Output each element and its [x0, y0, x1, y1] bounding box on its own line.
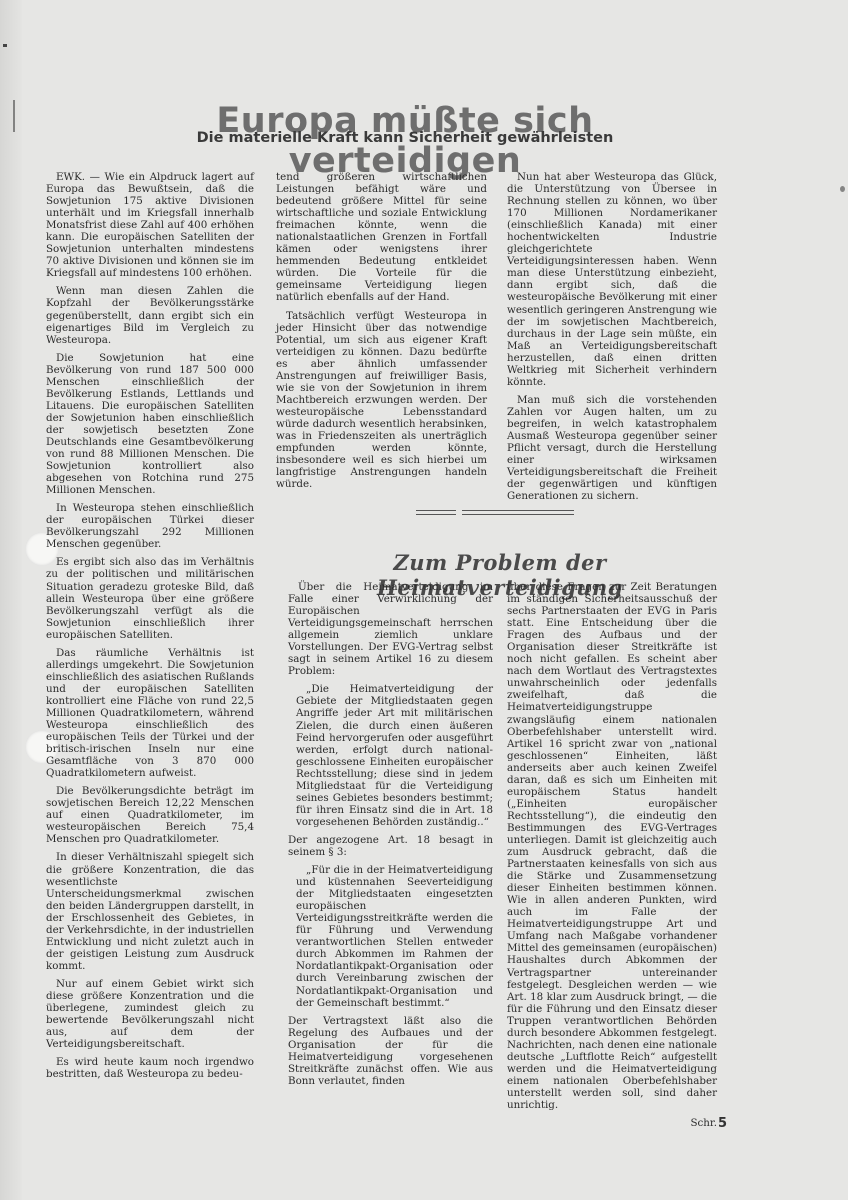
section-column-1: Über die Heimatverteidigung im Falle ein…: [288, 581, 493, 1093]
paragraph: Nun hat aber Westeuropa das Glück, die U…: [507, 171, 717, 388]
paragraph: Man muß sich die vorstehenden Zahlen vor…: [507, 394, 717, 502]
section-divider-short: [416, 510, 456, 515]
paragraph: Es wird heute kaum noch irgendwo bestrit…: [46, 1056, 254, 1080]
paragraph: über diese Fragen zur Zeit Beratungen im…: [507, 581, 717, 1111]
scan-mark: [840, 186, 845, 192]
article-column-3: Nun hat aber Westeuropa das Glück, die U…: [507, 171, 717, 508]
article-column-1: EWK. — Wie ein Alpdruck lagert auf Europ…: [46, 171, 254, 1086]
paragraph: EWK. — Wie ein Alpdruck lagert auf Europ…: [46, 171, 254, 279]
article-subheadline: Die materielle Kraft kann Sicherheit gew…: [100, 130, 710, 146]
quote-paragraph: „Für die in der Heimatverteidigung und k…: [288, 864, 493, 1009]
paragraph: In Westeuropa stehen einschließlich der …: [46, 502, 254, 550]
paragraph: Der Vertragstext läßt also die Regelung …: [288, 1015, 493, 1087]
paragraph: In dieser Verhältniszahl spiegelt sich d…: [46, 851, 254, 971]
quote-paragraph: „Die Heimatverteidigung der Gebiete der …: [288, 683, 493, 828]
paragraph: Wenn man diesen Zahlen die Kopfzahl der …: [46, 285, 254, 345]
paragraph: Es ergibt sich also das im Verhältnis zu…: [46, 556, 254, 640]
author-signature: Schr.: [690, 1117, 717, 1129]
paragraph: Der angezogene Art. 18 besagt in seinem …: [288, 834, 493, 858]
paragraph: Tatsächlich verfügt Westeuropa in jeder …: [276, 310, 487, 491]
section-column-2: über diese Fragen zur Zeit Beratungen im…: [507, 581, 717, 1129]
scan-page-edge: [0, 0, 22, 1200]
paragraph: Die Bevölkerungsdichte beträgt im sowjet…: [46, 785, 254, 845]
paragraph: tend größeren wirtschaftlichen Leistunge…: [276, 171, 487, 304]
section-divider-long: [462, 510, 574, 515]
paragraph: Die Sowjetunion hat eine Bevölkerung von…: [46, 352, 254, 497]
paragraph: Über die Heimatverteidigung im Falle ein…: [288, 581, 493, 677]
article-column-2: tend größeren wirtschaftlichen Leistunge…: [276, 171, 487, 496]
page-number: 5: [718, 1116, 727, 1131]
paragraph: Das räumliche Verhältnis ist allerdings …: [46, 647, 254, 780]
paragraph: Nur auf einem Gebiet wirkt sich diese gr…: [46, 978, 254, 1050]
scan-mark: [13, 100, 15, 132]
scan-mark: [3, 44, 7, 47]
